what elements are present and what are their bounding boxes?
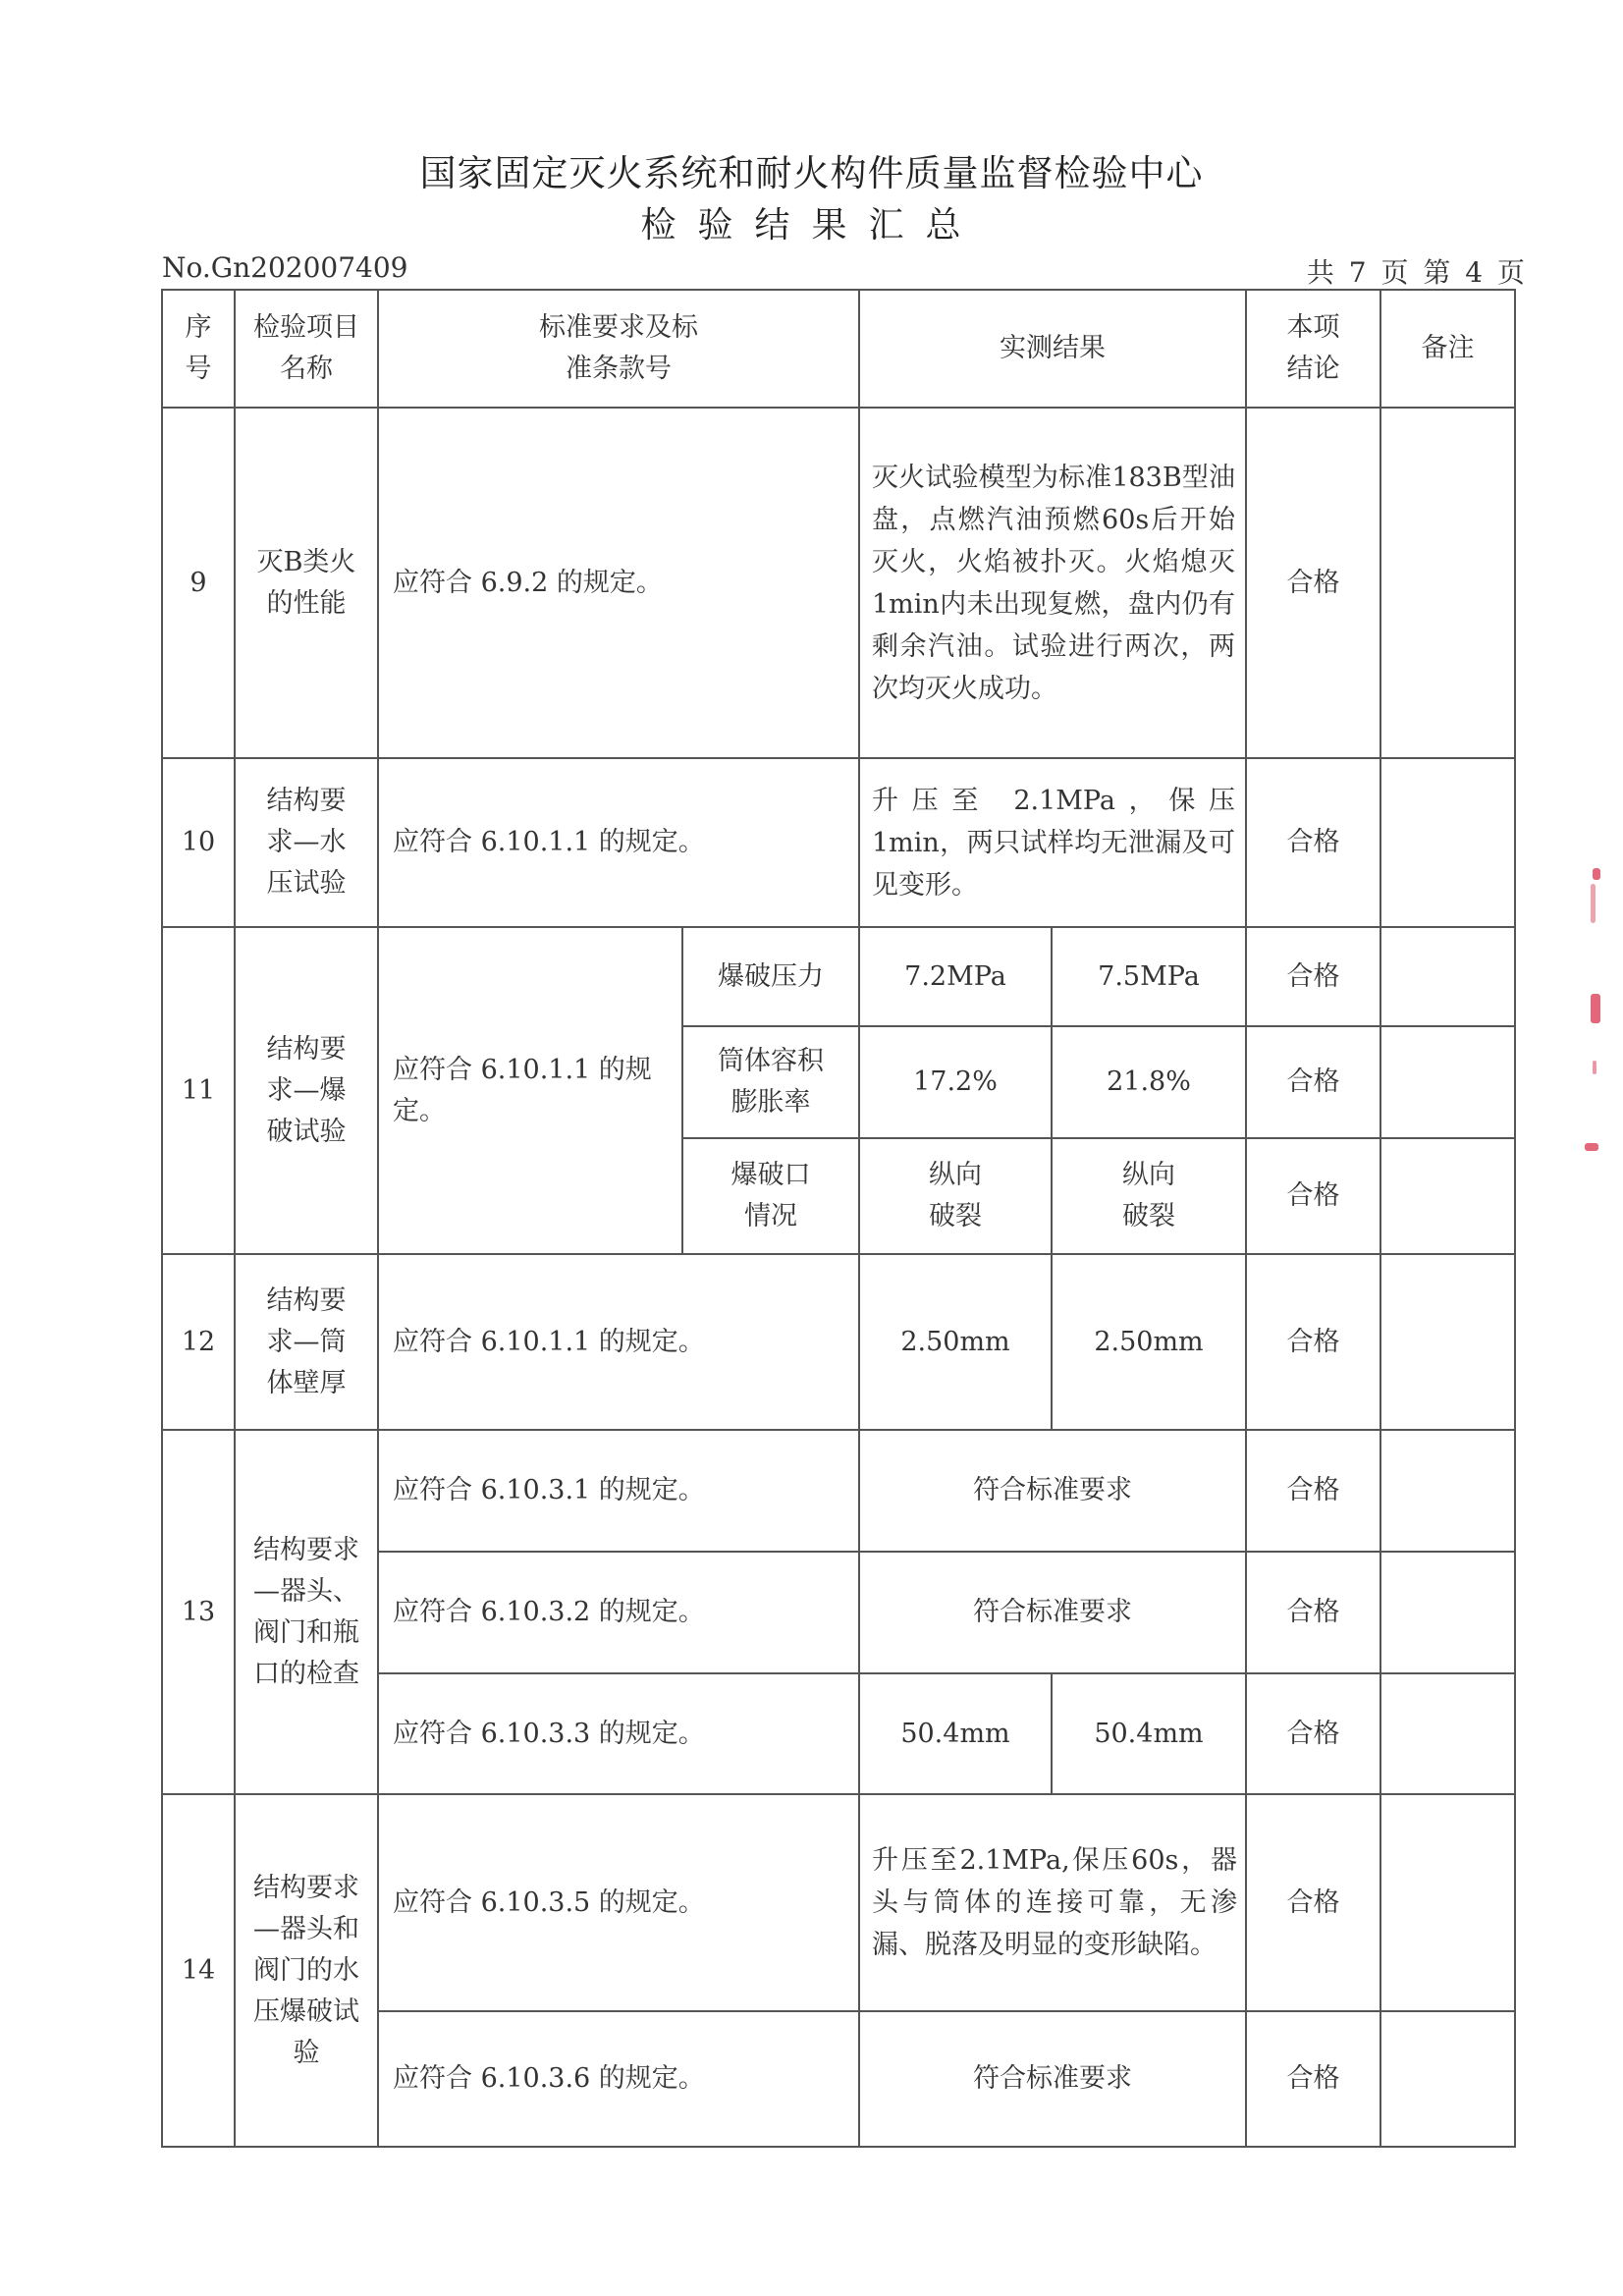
table-row: 9 灭B类火的性能 应符合 6.9.2 的规定。 灭火试验模型为标准183B型油… — [162, 408, 1515, 758]
sub-remarks — [1380, 1552, 1515, 1673]
table-row: 12 结构要求—筒体壁厚 应符合 6.10.1.1 的规定。 2.50mm 2.… — [162, 1254, 1515, 1430]
row-remarks — [1380, 408, 1515, 758]
sub-remarks — [1380, 1138, 1515, 1254]
row-result: 灭火试验模型为标准183B型油盘，点燃汽油预燃60s后开始灭火，火焰被扑灭。火焰… — [859, 408, 1246, 758]
row-remarks — [1380, 758, 1515, 927]
row-standard: 应符合 6.10.1.1 的规定。 — [378, 927, 682, 1254]
row-conclusion: 合格 — [1246, 408, 1380, 758]
row-standard: 应符合 6.9.2 的规定。 — [378, 408, 859, 758]
sub-conclusion: 合格 — [1246, 1552, 1380, 1673]
seal-mark — [1593, 868, 1600, 880]
organization-title: 国家固定灭火系统和耐火构件质量监督检验中心 — [0, 143, 1623, 196]
sub-value-1: 纵向破裂 — [859, 1138, 1052, 1254]
row-seq: 12 — [162, 1254, 235, 1430]
sub-remarks — [1380, 1026, 1515, 1138]
table-row: 10 结构要求—水压试验 应符合 6.10.1.1 的规定。 升压至 2.1MP… — [162, 758, 1515, 927]
sub-conclusion: 合格 — [1246, 1430, 1380, 1552]
sub-remarks — [1380, 1794, 1515, 2011]
table-row: 13 结构要求—器头、阀门和瓶口的检查 应符合 6.10.3.1 的规定。 符合… — [162, 1430, 1515, 1552]
header-conclusion: 本项结论 — [1246, 290, 1380, 408]
header-standard: 标准要求及标准条款号 — [378, 290, 859, 408]
report-number: No.Gn202007409 — [162, 251, 408, 284]
sub-value-2: 纵向破裂 — [1052, 1138, 1246, 1254]
seal-mark — [1593, 1061, 1596, 1074]
table-row: 14 结构要求—器头和阀门的水压爆破试验 应符合 6.10.3.5 的规定。 升… — [162, 1794, 1515, 2011]
row-item: 结构要求—筒体壁厚 — [235, 1254, 378, 1430]
sub-conclusion: 合格 — [1246, 1138, 1380, 1254]
row-standard: 应符合 6.10.1.1 的规定。 — [378, 758, 859, 927]
sub-remarks — [1380, 1430, 1515, 1552]
page-info: 共 7 页 第 4 页 — [1307, 251, 1525, 291]
seal-mark — [1585, 1143, 1598, 1151]
sub-conclusion: 合格 — [1246, 927, 1380, 1026]
sub-label: 筒体容积膨胀率 — [682, 1026, 859, 1138]
sub-label: 爆破口情况 — [682, 1138, 859, 1254]
sub-value-2: 50.4mm — [1052, 1673, 1246, 1794]
row-value-2: 2.50mm — [1052, 1254, 1246, 1430]
row-seq: 14 — [162, 1794, 235, 2147]
sub-standard: 应符合 6.10.3.5 的规定。 — [378, 1794, 859, 2011]
sub-standard: 应符合 6.10.3.1 的规定。 — [378, 1430, 859, 1552]
header-result: 实测结果 — [859, 290, 1246, 408]
row-seq: 13 — [162, 1430, 235, 1794]
header-item: 检验项目名称 — [235, 290, 378, 408]
sub-standard: 应符合 6.10.3.2 的规定。 — [378, 1552, 859, 1673]
seal-mark — [1591, 884, 1596, 923]
sub-remarks — [1380, 1673, 1515, 1794]
sub-standard: 应符合 6.10.3.6 的规定。 — [378, 2011, 859, 2147]
sub-conclusion: 合格 — [1246, 2011, 1380, 2147]
table-row: 11 结构要求—爆破试验 应符合 6.10.1.1 的规定。 爆破压力 7.2M… — [162, 927, 1515, 1026]
sub-remarks — [1380, 2011, 1515, 2147]
sub-value-1: 17.2% — [859, 1026, 1052, 1138]
header-seq: 序 号 — [162, 290, 235, 408]
row-item: 结构要求—器头和阀门的水压爆破试验 — [235, 1794, 378, 2147]
row-seq: 11 — [162, 927, 235, 1254]
row-item: 结构要求—爆破试验 — [235, 927, 378, 1254]
sub-result: 升压至2.1MPa,保压60s，器头与筒体的连接可靠，无渗漏、脱落及明显的变形缺… — [859, 1794, 1246, 2011]
sub-conclusion: 合格 — [1246, 1026, 1380, 1138]
table-header-row: 序 号 检验项目名称 标准要求及标准条款号 实测结果 本项结论 备注 — [162, 290, 1515, 408]
sub-remarks — [1380, 927, 1515, 1026]
row-item: 结构要求—水压试验 — [235, 758, 378, 927]
row-value-1: 2.50mm — [859, 1254, 1052, 1430]
sub-value-1: 50.4mm — [859, 1673, 1052, 1794]
row-item: 结构要求—器头、阀门和瓶口的检查 — [235, 1430, 378, 1794]
sub-label: 爆破压力 — [682, 927, 859, 1026]
row-result: 升压至 2.1MPa，保压1min，两只试样均无泄漏及可见变形。 — [859, 758, 1246, 927]
row-seq: 9 — [162, 408, 235, 758]
sub-result: 符合标准要求 — [859, 2011, 1246, 2147]
sub-result: 符合标准要求 — [859, 1552, 1246, 1673]
document-title: 检验结果汇总 — [0, 197, 1623, 247]
results-table: 序 号 检验项目名称 标准要求及标准条款号 实测结果 本项结论 备注 9 灭B类… — [161, 289, 1516, 2148]
sub-value-2: 21.8% — [1052, 1026, 1246, 1138]
row-remarks — [1380, 1254, 1515, 1430]
sub-conclusion: 合格 — [1246, 1673, 1380, 1794]
sub-value-1: 7.2MPa — [859, 927, 1052, 1026]
row-item: 灭B类火的性能 — [235, 408, 378, 758]
row-standard: 应符合 6.10.1.1 的规定。 — [378, 1254, 859, 1430]
sub-result: 符合标准要求 — [859, 1430, 1246, 1552]
seal-mark — [1591, 994, 1600, 1023]
header-remarks: 备注 — [1380, 290, 1515, 408]
sub-conclusion: 合格 — [1246, 1794, 1380, 2011]
sub-standard: 应符合 6.10.3.3 的规定。 — [378, 1673, 859, 1794]
sub-value-2: 7.5MPa — [1052, 927, 1246, 1026]
row-conclusion: 合格 — [1246, 758, 1380, 927]
row-conclusion: 合格 — [1246, 1254, 1380, 1430]
row-seq: 10 — [162, 758, 235, 927]
